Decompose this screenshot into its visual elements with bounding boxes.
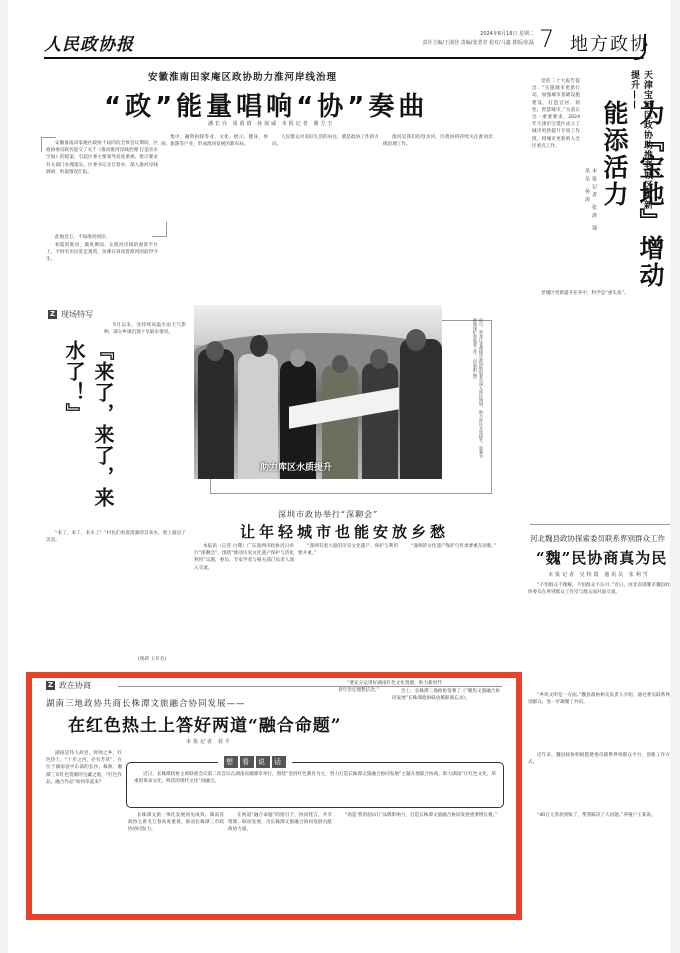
lead-body-col1: 安徽淮南田家庵区政协十届四次全体会议期间，区政协委员联名提交了关于《推动淮河岸线… <box>46 140 158 230</box>
highlight-body-col3: 在两道“融合命题”的指引下，协同建言、共享资源、联动发展，为长株潭文旅融合协同发… <box>228 812 332 900</box>
masthead: 人民政协报 2024年6月18日 星期二 责任主编/王淑佳 责编/张勇君 校对/… <box>44 28 654 58</box>
right-bottom-body-1: “不怕群众不理解，不怕群众不认可。”近日，河北省邯郸市魏县政协委员在界别群众工作… <box>528 582 670 690</box>
section-tag-politics: Z 政在协商 <box>46 680 91 691</box>
masthead-meta: 2024年6月18日 星期二 责任主编/王淑佳 责编/张勇君 校对/马鑫 排版/… <box>394 30 534 48</box>
masthead-rule <box>44 57 644 59</box>
middle-body-col1: 本报讯（记者 白鹭）广东深圳市政协近日举行“深聊会”，围绕“推动历史文化遗产保护… <box>194 543 294 665</box>
right-bottom-body-4: “40万元贷款到账了，帮我解决了大问题。”养殖户王某说。 <box>528 812 670 882</box>
lead-headline: “政”能量唱响“协”奏曲 <box>104 86 428 123</box>
inset-title-char: 看 <box>240 756 254 768</box>
lead-kicker: 安徽淮南田家庵区政协助力淮河岸线治理 <box>148 69 337 83</box>
right-bottom-body-3: 近年来，魏县政协积极搭建委员联系界别群众平台，创新工作方式。 <box>528 752 670 812</box>
inset-title-char: 想 <box>224 756 238 768</box>
page-number: 7 <box>539 25 554 53</box>
photo-person <box>362 363 398 479</box>
photo-head <box>332 355 348 373</box>
right-bottom-body-2: “乡风文明是一方面。”魏县政协相关负责人介绍，通过委员联系界别群众，进一步凝聚了… <box>528 692 670 752</box>
section-rule <box>118 686 502 687</box>
photo-head <box>206 341 224 361</box>
newspaper-page: 人民政协报 2024年6月18日 星期二 责任主编/王淑佳 责编/张勇君 校对/… <box>8 0 670 953</box>
divider <box>530 524 670 525</box>
scene-body-lower: “来了，来了，来水了！”村民们看着清澈的自来水，脸上露出了笑容。 <box>46 530 186 640</box>
photo-head <box>250 335 268 357</box>
middle-body-col3: “深圳的文化遗产保护与传承要重在创新。” <box>402 543 502 665</box>
highlight-kicker: 湖南三地政协共商长株潭文旅融合协同发展—— <box>46 697 246 709</box>
highlight-body-col4: 会上，长株潭三地政协签署了《“聚焦文旅融合协同发展”长株潭政协联动履职备忘录》。 <box>392 688 500 808</box>
inset-title: 想看说话 <box>218 756 292 768</box>
photo-head <box>406 329 426 351</box>
lead-body-col2: 集中、融资拆除等业、文化、展示、健身、休闲、旅游等产业，形成淮河发展的新布局。 <box>161 134 268 297</box>
news-photo: 助力库区水质提升 <box>194 305 442 479</box>
highlight-headline: 在红色热土上答好两道“融合命题” <box>68 711 342 736</box>
editor-credits: 责任主编/王淑佳 责编/张勇君 校对/马鑫 排版/张磊 <box>394 39 534 48</box>
lead-body-col1b: 此地近万，不如淮河两岸。 <box>46 234 158 242</box>
inset-title-char: 说 <box>256 756 270 768</box>
lead-byline: 潘长亮 周倩倩 孙展威 本报记者 谢方玉 <box>208 120 334 127</box>
scene-credit: (周莉 王开杰) <box>138 656 188 664</box>
highlight-body-col1: 湖南是伟人故里、将帅之乡、红色热土。“十步之内，必有芳草”，在位于湖南省中东部的… <box>46 750 122 900</box>
photo-head <box>290 349 306 367</box>
photo-person <box>198 349 234 479</box>
lead-body-col4: 淮河是我们的母亲河，区政协将持续关注淮河岸线治理工作。 <box>383 134 493 297</box>
photo-note: 近日，黑龙江省穆棱市政协组织委员深入库区调研，助力库区水质提升，加强水源地保护和… <box>448 318 484 458</box>
section-tag-scene: Z 现场特写 <box>48 309 93 320</box>
highlight-byline: 本报记者 刘平 <box>186 738 232 745</box>
right-top-headline: 为『宝地』增动能添活力 <box>596 100 668 300</box>
z-badge-icon: Z <box>46 681 55 690</box>
photo-person <box>400 339 442 479</box>
scene-body-col: 5月以来，受持续高温少雨天气影响，部分乡镇出现干旱缺水情况。 <box>104 322 186 530</box>
right-top-body-col2: 老城区更新提升任务中，科学是“重头戏”。 <box>532 290 672 522</box>
right-top-body-col1: 党的二十大报告提出：“实施城市更新行动，加强城市基础设施建设，打造宜居、韧性、智… <box>532 78 580 290</box>
middle-kicker: 深圳市政协举行“深聊会” <box>278 509 378 520</box>
lead-body-col1c: 初夏的淮河，微风拂面。在淮河岸线的观景平台上，不时有市民驻足观赏，仿佛在诉说着淮… <box>46 242 158 297</box>
middle-body-col2: “深圳有着大量的历史文化遗产，保护与利用要并重。” <box>298 543 398 665</box>
section-tag-label: 政在协商 <box>59 680 91 691</box>
right-bottom-kicker: 河北魏县政协探索委员联系界别群众工作 <box>530 533 665 544</box>
middle-headline: 让年轻城市也能安放乡愁 <box>240 521 449 542</box>
highlight-body-col2: 长株潭文旅一体化发展初见成效。湖南省政协主席毛万春高度重视，推动长株潭三市政协协… <box>128 812 224 900</box>
photo-head <box>370 349 388 369</box>
photo-caption: 助力库区水质提升 <box>260 460 332 473</box>
newspaper-logo: 人民政协报 <box>44 30 134 55</box>
right-bottom-byline: 本报记者 吴特霞 通讯员 张利雪 <box>548 571 650 578</box>
issue-date: 2024年6月18日 星期二 <box>394 30 534 39</box>
right-bottom-headline: “魏”民协商真为民 <box>536 547 667 568</box>
right-top-byline: 本报记者 张涛 通讯员 孙涛 <box>584 168 598 238</box>
z-badge-icon: Z <box>48 310 57 319</box>
lead-body-col3: 人民群众对美好生活的向往，就是政协工作的方向。 <box>272 134 379 297</box>
section-tag-label: 现场特写 <box>61 309 93 320</box>
inset-title-char: 话 <box>272 756 286 768</box>
highlight-body-col5: “再造‘我的韶山行’品牌影响力，打造长株潭文旅融合协同发展重要增长极。” <box>336 812 500 900</box>
